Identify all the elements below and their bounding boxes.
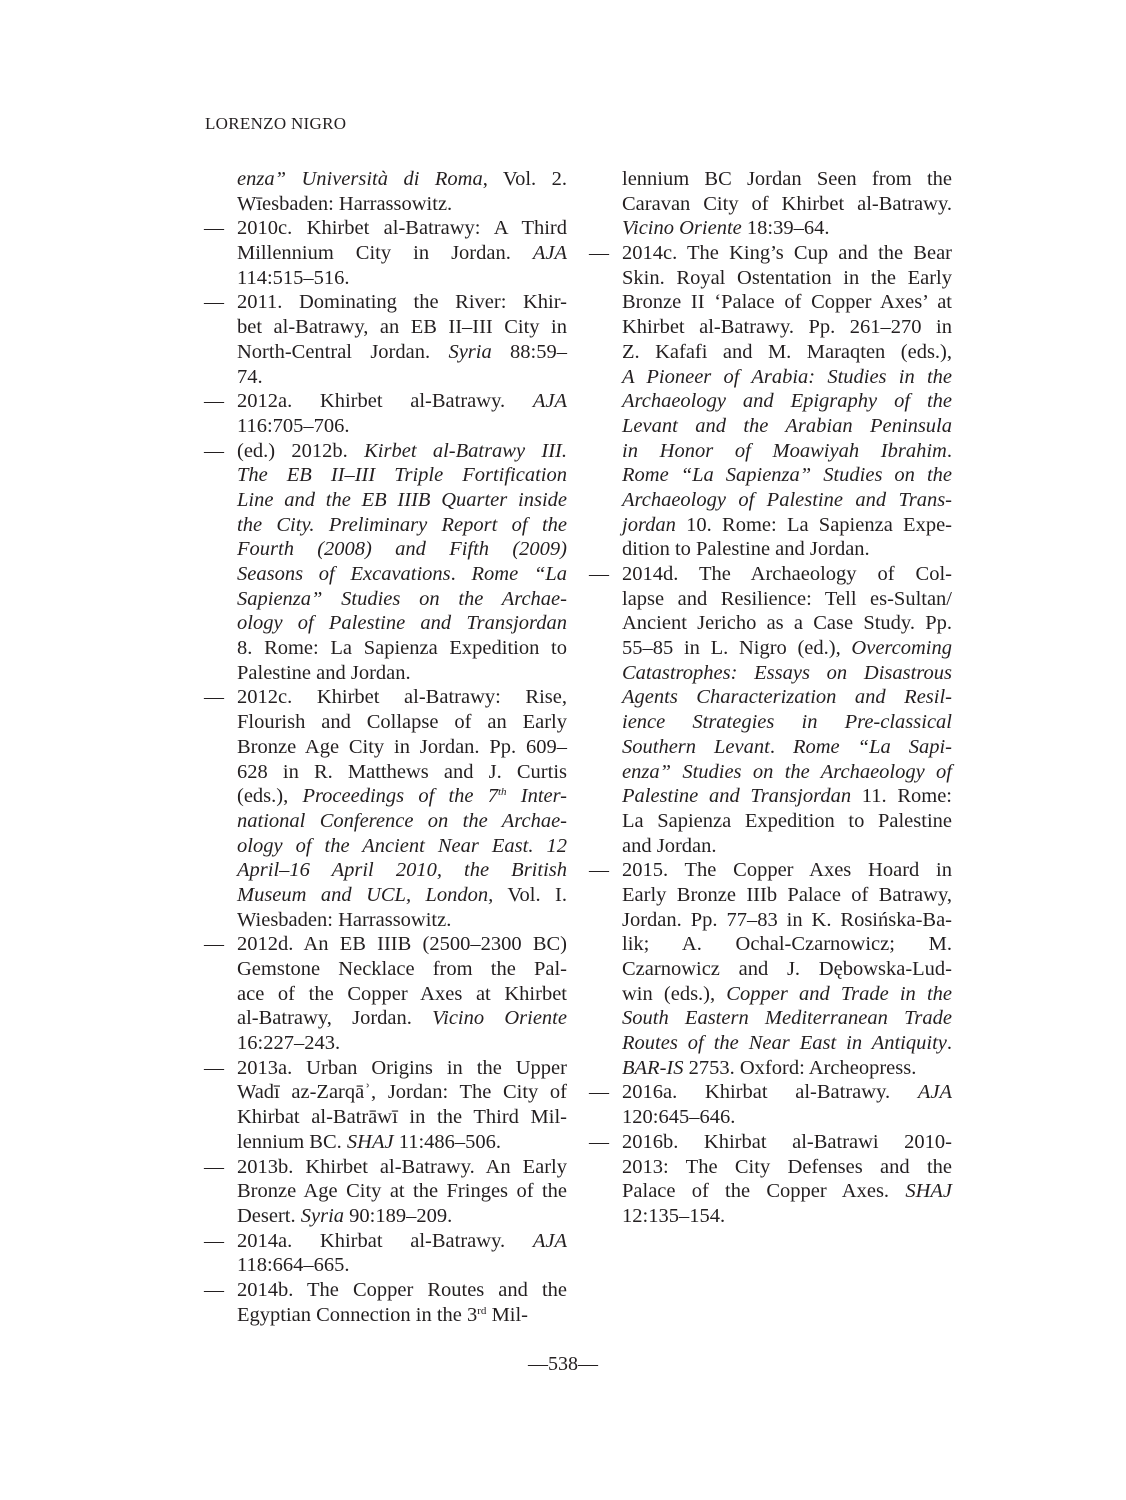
right-column: lennium BC Jordan Seen from theCaravan C… xyxy=(622,167,952,1229)
entry-line: Flourish and Collapse of an Early xyxy=(237,710,567,735)
entry-line: lennium BC Jordan Seen from the xyxy=(622,167,952,192)
entry-line: BAR-IS 2753. Oxford: Archeopress. xyxy=(622,1056,952,1081)
entry-dash: — xyxy=(204,1278,224,1303)
entry-line: 2010c. Khirbet al-Batrawy: A Third xyxy=(237,216,567,241)
entry-line: Line and the EB IIIB Quarter inside xyxy=(237,488,567,513)
entry-line: 2012d. An EB IIIB (2500–2300 BC) xyxy=(237,932,567,957)
entry-line: 2016b. Khirbat al-Batrawi 2010- xyxy=(622,1130,952,1155)
entry-line: 2015. The Copper Axes Hoard in xyxy=(622,858,952,883)
entry-line: Khirbet al-Batrawy. Pp. 261–270 in xyxy=(622,315,952,340)
entry-line: dition to Palestine and Jordan. xyxy=(622,537,952,562)
bibliography-entry: lennium BC Jordan Seen from theCaravan C… xyxy=(622,167,952,241)
entry-dash: — xyxy=(589,1130,609,1155)
entry-dash: — xyxy=(589,858,609,883)
entry-line: Bronze II ‘Palace of Copper Axes’ at xyxy=(622,290,952,315)
entry-line: La Sapienza Expedition to Palestine xyxy=(622,809,952,834)
entry-line: Czarnowicz and J. Dębowska-Lud- xyxy=(622,957,952,982)
entry-line: Bronze Age City in Jordan. Pp. 609– xyxy=(237,735,567,760)
bibliography-entry: —2011. Dominating the River: Khir-bet al… xyxy=(237,290,567,389)
entry-line: South Eastern Mediterranean Trade xyxy=(622,1006,952,1031)
entry-line: Fourth (2008) and Fifth (2009) xyxy=(237,537,567,562)
entry-line: 12:135–154. xyxy=(622,1204,952,1229)
entry-line: Archaeology and Epigraphy of the xyxy=(622,389,952,414)
entry-line: 16:227–243. xyxy=(237,1031,567,1056)
bibliography-entry: —2012c. Khirbet al-Batrawy: Rise,Flouris… xyxy=(237,685,567,932)
entry-dash: — xyxy=(589,562,609,587)
entry-line: (ed.) 2012b. Kirbet al-Batrawy III. xyxy=(237,439,567,464)
entry-dash: — xyxy=(204,439,224,464)
entry-line: A Pioneer of Arabia: Studies in the xyxy=(622,365,952,390)
entry-line: 2012c. Khirbet al-Batrawy: Rise, xyxy=(237,685,567,710)
entry-line: Vicino Oriente 18:39–64. xyxy=(622,216,952,241)
entry-line: al-Batrawy, Jordan. Vicino Oriente xyxy=(237,1006,567,1031)
entry-line: enza” Studies on the Archaeology of xyxy=(622,760,952,785)
running-head: LORENZO NIGRO xyxy=(205,114,346,134)
entry-line: Archaeology of Palestine and Trans- xyxy=(622,488,952,513)
entry-line: Levant and the Arabian Peninsula xyxy=(622,414,952,439)
entry-dash: — xyxy=(204,1229,224,1254)
bibliography-entry: —2013b. Khirbet al-Batrawy. An EarlyBron… xyxy=(237,1155,567,1229)
bibliography-entry: —2014c. The King’s Cup and the BearSkin.… xyxy=(622,241,952,562)
entry-line: ology of Palestine and Transjordan xyxy=(237,611,567,636)
entry-line: 2014c. The King’s Cup and the Bear xyxy=(622,241,952,266)
entry-line: Catastrophes: Essays on Disastrous xyxy=(622,661,952,686)
entry-dash: — xyxy=(204,932,224,957)
entry-line: Early Bronze IIIb Palace of Batrawy, xyxy=(622,883,952,908)
entry-line: Desert. Syria 90:189–209. xyxy=(237,1204,567,1229)
left-column: enza” Università di Roma, Vol. 2.Wīesbad… xyxy=(237,167,567,1327)
entry-line: 2013b. Khirbet al-Batrawy. An Early xyxy=(237,1155,567,1180)
entry-dash: — xyxy=(204,1056,224,1081)
bibliography-entry: —(ed.) 2012b. Kirbet al-Batrawy III.The … xyxy=(237,439,567,686)
entry-line: Jordan. Pp. 77–83 in K. Rosińska-Ba- xyxy=(622,908,952,933)
entry-line: Millennium City in Jordan. AJA xyxy=(237,241,567,266)
bibliography-entry: —2012d. An EB IIIB (2500–2300 BC)Gemston… xyxy=(237,932,567,1055)
entry-line: Wadī az-Zarqāʾ, Jordan: The City of xyxy=(237,1080,567,1105)
entry-line: Sapienza” Studies on the Archae- xyxy=(237,587,567,612)
entry-line: Palestine and Transjordan 11. Rome: xyxy=(622,784,952,809)
entry-line: 55–85 in L. Nigro (ed.), Overcoming xyxy=(622,636,952,661)
entry-line: Khirbat al-Batrāwī in the Third Mil- xyxy=(237,1105,567,1130)
entry-line: 2013: The City Defenses and the xyxy=(622,1155,952,1180)
entry-line: The EB II–III Triple Fortification xyxy=(237,463,567,488)
bibliography-entry: —2012a. Khirbet al-Batrawy. AJA116:705–7… xyxy=(237,389,567,438)
entry-line: in Honor of Moawiyah Ibrahim. xyxy=(622,439,952,464)
entry-line: Agents Characterization and Resil- xyxy=(622,685,952,710)
entry-line: 2016a. Khirbat al-Batrawy. AJA xyxy=(622,1080,952,1105)
entry-line: 2014d. The Archaeology of Col- xyxy=(622,562,952,587)
entry-line: (eds.), Proceedings of the 7th Inter- xyxy=(237,784,567,809)
entry-line: Ancient Jericho as a Case Study. Pp. xyxy=(622,611,952,636)
entry-line: Southern Levant. Rome “La Sapi- xyxy=(622,735,952,760)
entry-line: lennium BC. SHAJ 11:486–506. xyxy=(237,1130,567,1155)
entry-line: win (eds.), Copper and Trade in the xyxy=(622,982,952,1007)
entry-line: bet al-Batrawy, an EB II–III City in xyxy=(237,315,567,340)
bibliography-entry: —2013a. Urban Origins in the UpperWadī a… xyxy=(237,1056,567,1155)
bibliography-entry: —2015. The Copper Axes Hoard inEarly Bro… xyxy=(622,858,952,1080)
entry-line: Gemstone Necklace from the Pal- xyxy=(237,957,567,982)
entry-line: 114:515–516. xyxy=(237,266,567,291)
entry-line: Bronze Age City at the Fringes of the xyxy=(237,1179,567,1204)
entry-line: ace of the Copper Axes at Khirbet xyxy=(237,982,567,1007)
entry-line: lik; A. Ochal-Czarnowicz; M. xyxy=(622,932,952,957)
entry-line: enza” Università di Roma, Vol. 2. xyxy=(237,167,567,192)
entry-line: Z. Kafafi and M. Maraqten (eds.), xyxy=(622,340,952,365)
bibliography-entry: —2014d. The Archaeology of Col-lapse and… xyxy=(622,562,952,858)
entry-line: Museum and UCL, London, Vol. I. xyxy=(237,883,567,908)
entry-line: Seasons of Excavations. Rome “La xyxy=(237,562,567,587)
entry-dash: — xyxy=(589,1080,609,1105)
bibliography-entry: enza” Università di Roma, Vol. 2.Wīesbad… xyxy=(237,167,567,216)
entry-dash: — xyxy=(204,216,224,241)
bibliography-entry: —2016b. Khirbat al-Batrawi 2010-2013: Th… xyxy=(622,1130,952,1229)
entry-line: national Conference on the Archae- xyxy=(237,809,567,834)
entry-line: Wiesbaden: Harrassowitz. xyxy=(237,908,567,933)
entry-line: Wīesbaden: Harrassowitz. xyxy=(237,192,567,217)
entry-line: Caravan City of Khirbet al-Batrawy. xyxy=(622,192,952,217)
entry-line: Palestine and Jordan. xyxy=(237,661,567,686)
entry-line: 116:705–706. xyxy=(237,414,567,439)
entry-dash: — xyxy=(589,241,609,266)
entry-line: 120:645–646. xyxy=(622,1105,952,1130)
entry-line: 2014a. Khirbat al-Batrawy. AJA xyxy=(237,1229,567,1254)
entry-line: 2011. Dominating the River: Khir- xyxy=(237,290,567,315)
bibliography-entry: —2010c. Khirbet al-Batrawy: A ThirdMille… xyxy=(237,216,567,290)
entry-line: North-Central Jordan. Syria 88:59– xyxy=(237,340,567,365)
entry-line: ience Strategies in Pre-classical xyxy=(622,710,952,735)
entry-line: the City. Preliminary Report of the xyxy=(237,513,567,538)
entry-line: lapse and Resilience: Tell es-Sultan/ xyxy=(622,587,952,612)
bibliography-entry: —2014b. The Copper Routes and theEgyptia… xyxy=(237,1278,567,1327)
entry-line: and Jordan. xyxy=(622,834,952,859)
entry-line: 2013a. Urban Origins in the Upper xyxy=(237,1056,567,1081)
entry-dash: — xyxy=(204,685,224,710)
entry-line: ology of the Ancient Near East. 12 xyxy=(237,834,567,859)
entry-line: Palace of the Copper Axes. SHAJ xyxy=(622,1179,952,1204)
entry-line: 2012a. Khirbet al-Batrawy. AJA xyxy=(237,389,567,414)
entry-dash: — xyxy=(204,290,224,315)
bibliography-entry: —2014a. Khirbat al-Batrawy. AJA118:664–6… xyxy=(237,1229,567,1278)
bibliography-entry: —2016a. Khirbat al-Batrawy. AJA120:645–6… xyxy=(622,1080,952,1129)
entry-line: Skin. Royal Ostentation in the Early xyxy=(622,266,952,291)
entry-line: Rome “La Sapienza” Studies on the xyxy=(622,463,952,488)
entry-line: jordan 10. Rome: La Sapienza Expe- xyxy=(622,513,952,538)
entry-line: 628 in R. Matthews and J. Curtis xyxy=(237,760,567,785)
entry-line: 2014b. The Copper Routes and the xyxy=(237,1278,567,1303)
entry-line: Routes of the Near East in Antiquity. xyxy=(622,1031,952,1056)
entry-line: 118:664–665. xyxy=(237,1253,567,1278)
page-number: —538— xyxy=(0,1353,1126,1376)
entry-line: 74. xyxy=(237,365,567,390)
entry-line: 8. Rome: La Sapienza Expedition to xyxy=(237,636,567,661)
entry-dash: — xyxy=(204,389,224,414)
entry-line: April–16 April 2010, the British xyxy=(237,858,567,883)
entry-line: Egyptian Connection in the 3rd Mil- xyxy=(237,1303,567,1328)
entry-dash: — xyxy=(204,1155,224,1180)
